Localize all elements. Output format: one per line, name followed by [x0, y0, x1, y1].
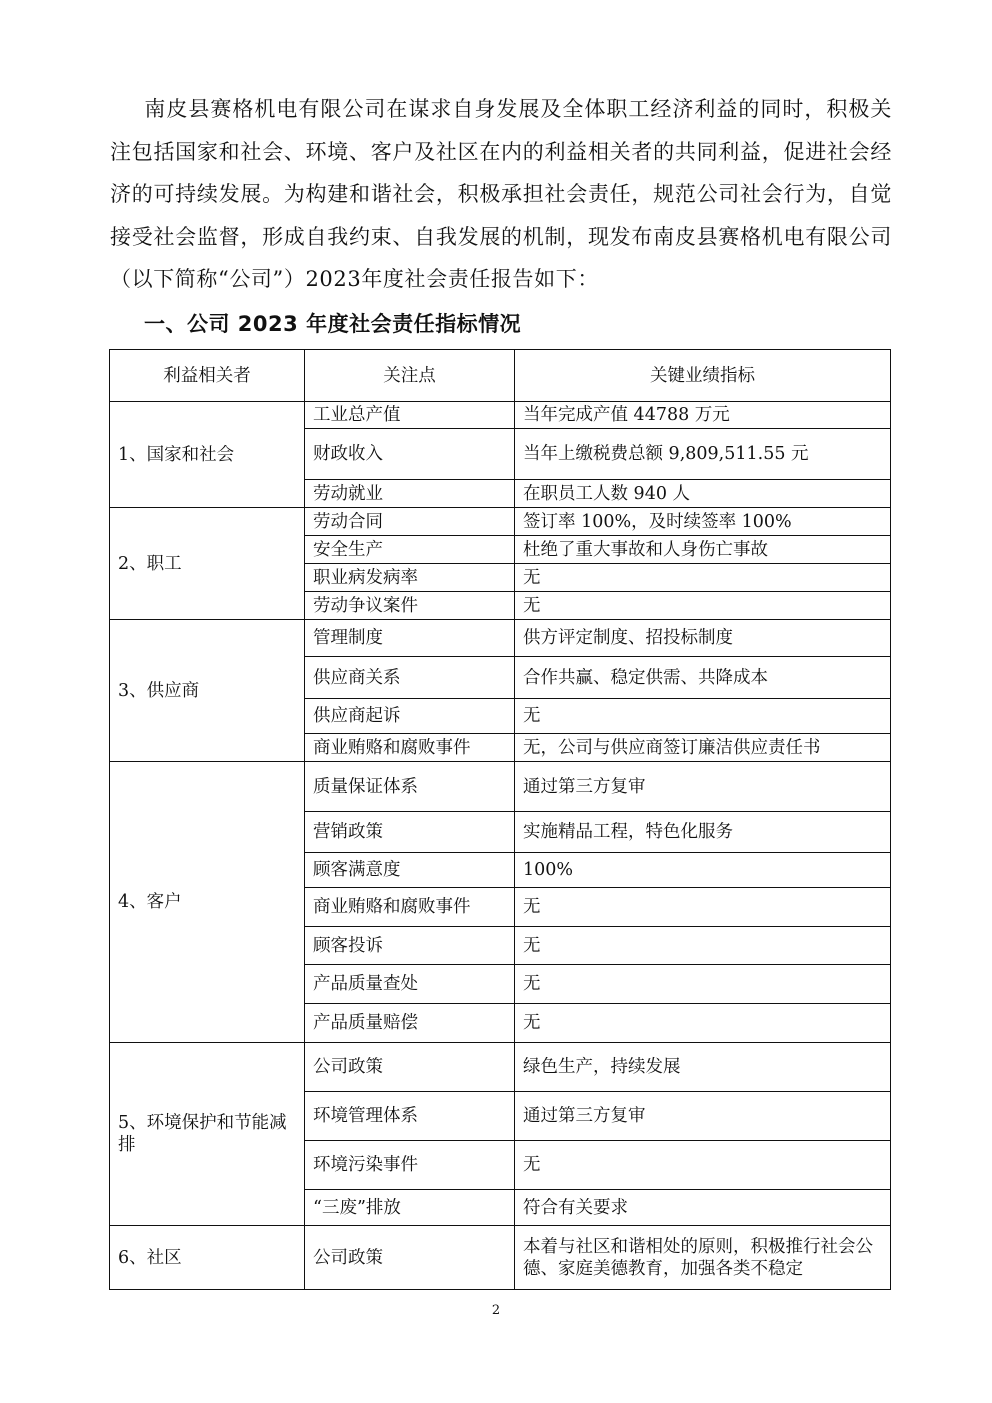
kpi-cell: 本着与社区和谐相处的原则，积极推行社会公德、家庭美德教育，加强各类不稳定: [515, 1226, 891, 1290]
focus-cell: 管理制度: [305, 620, 515, 657]
kpi-cell: 在职员工人数 940 人: [515, 480, 891, 508]
intro-paragraph-text: 南皮县赛格机电有限公司在谋求自身发展及全体职工经济利益的同时，积极关注包括国家和…: [110, 97, 892, 291]
focus-cell: 供应商起诉: [305, 699, 515, 734]
focus-cell: 公司政策: [305, 1043, 515, 1092]
kpi-cell: 通过第三方复审: [515, 762, 891, 812]
table-row: 2、职工 劳动合同 签订率 100%，及时续签率 100%: [110, 508, 891, 536]
stakeholder-cell: 1、国家和社会: [110, 402, 305, 508]
kpi-cell: 无: [515, 888, 891, 927]
csr-indicator-table: 利益相关者 关注点 关键业绩指标 1、国家和社会 工业总产值 当年完成产值 44…: [109, 349, 891, 1290]
focus-cell: 供应商关系: [305, 657, 515, 699]
kpi-cell: 签订率 100%，及时续签率 100%: [515, 508, 891, 536]
focus-cell: 环境管理体系: [305, 1092, 515, 1141]
kpi-cell: 无: [515, 564, 891, 592]
kpi-cell: 绿色生产，持续发展: [515, 1043, 891, 1092]
focus-cell: 职业病发病率: [305, 564, 515, 592]
focus-cell: “三废”排放: [305, 1190, 515, 1226]
focus-cell: 安全生产: [305, 536, 515, 564]
stakeholder-cell: 2、职工: [110, 508, 305, 620]
stakeholder-cell: 5、环境保护和节能减排: [110, 1043, 305, 1226]
kpi-cell: 符合有关要求: [515, 1190, 891, 1226]
page-number: 2: [0, 1303, 992, 1318]
kpi-cell: 无，公司与供应商签订廉洁供应责任书: [515, 734, 891, 762]
focus-cell: 顾客投诉: [305, 927, 515, 965]
kpi-cell: 无: [515, 1004, 891, 1043]
focus-cell: 产品质量赔偿: [305, 1004, 515, 1043]
header-kpi: 关键业绩指标: [515, 350, 891, 402]
focus-cell: 质量保证体系: [305, 762, 515, 812]
table-row: 3、供应商 管理制度 供方评定制度、招投标制度: [110, 620, 891, 657]
table-row: 6、社区 公司政策 本着与社区和谐相处的原则，积极推行社会公德、家庭美德教育，加…: [110, 1226, 891, 1290]
kpi-cell: 无: [515, 965, 891, 1004]
intro-paragraph: 南皮县赛格机电有限公司在谋求自身发展及全体职工经济利益的同时，积极关注包括国家和…: [110, 88, 892, 301]
focus-cell: 营销政策: [305, 812, 515, 853]
kpi-cell: 无: [515, 699, 891, 734]
stakeholder-cell: 4、客户: [110, 762, 305, 1043]
kpi-cell: 无: [515, 1141, 891, 1190]
stakeholder-cell: 3、供应商: [110, 620, 305, 762]
kpi-cell: 当年完成产值 44788 万元: [515, 402, 891, 429]
kpi-cell: 无: [515, 592, 891, 620]
table-row: 1、国家和社会 工业总产值 当年完成产值 44788 万元: [110, 402, 891, 429]
kpi-cell: 无: [515, 927, 891, 965]
focus-cell: 财政收入: [305, 429, 515, 480]
kpi-cell: 100%: [515, 853, 891, 888]
kpi-cell: 合作共赢、稳定供需、共降成本: [515, 657, 891, 699]
kpi-cell: 杜绝了重大事故和人身伤亡事故: [515, 536, 891, 564]
table-row: 5、环境保护和节能减排 公司政策 绿色生产，持续发展: [110, 1043, 891, 1092]
focus-cell: 公司政策: [305, 1226, 515, 1290]
focus-cell: 劳动就业: [305, 480, 515, 508]
focus-cell: 环境污染事件: [305, 1141, 515, 1190]
header-focus: 关注点: [305, 350, 515, 402]
focus-cell: 劳动合同: [305, 508, 515, 536]
table-row: 4、客户 质量保证体系 通过第三方复审: [110, 762, 891, 812]
focus-cell: 商业贿赂和腐败事件: [305, 734, 515, 762]
table-header-row: 利益相关者 关注点 关键业绩指标: [110, 350, 891, 402]
focus-cell: 产品质量查处: [305, 965, 515, 1004]
kpi-cell: 实施精品工程，特色化服务: [515, 812, 891, 853]
kpi-cell: 当年上缴税费总额 9,809,511.55 元: [515, 429, 891, 480]
kpi-cell: 供方评定制度、招投标制度: [515, 620, 891, 657]
stakeholder-cell: 6、社区: [110, 1226, 305, 1290]
header-stakeholder: 利益相关者: [110, 350, 305, 402]
focus-cell: 商业贿赂和腐败事件: [305, 888, 515, 927]
section-heading: 一、公司 2023 年度社会责任指标情况: [144, 308, 521, 338]
focus-cell: 工业总产值: [305, 402, 515, 429]
focus-cell: 顾客满意度: [305, 853, 515, 888]
kpi-cell: 通过第三方复审: [515, 1092, 891, 1141]
focus-cell: 劳动争议案件: [305, 592, 515, 620]
